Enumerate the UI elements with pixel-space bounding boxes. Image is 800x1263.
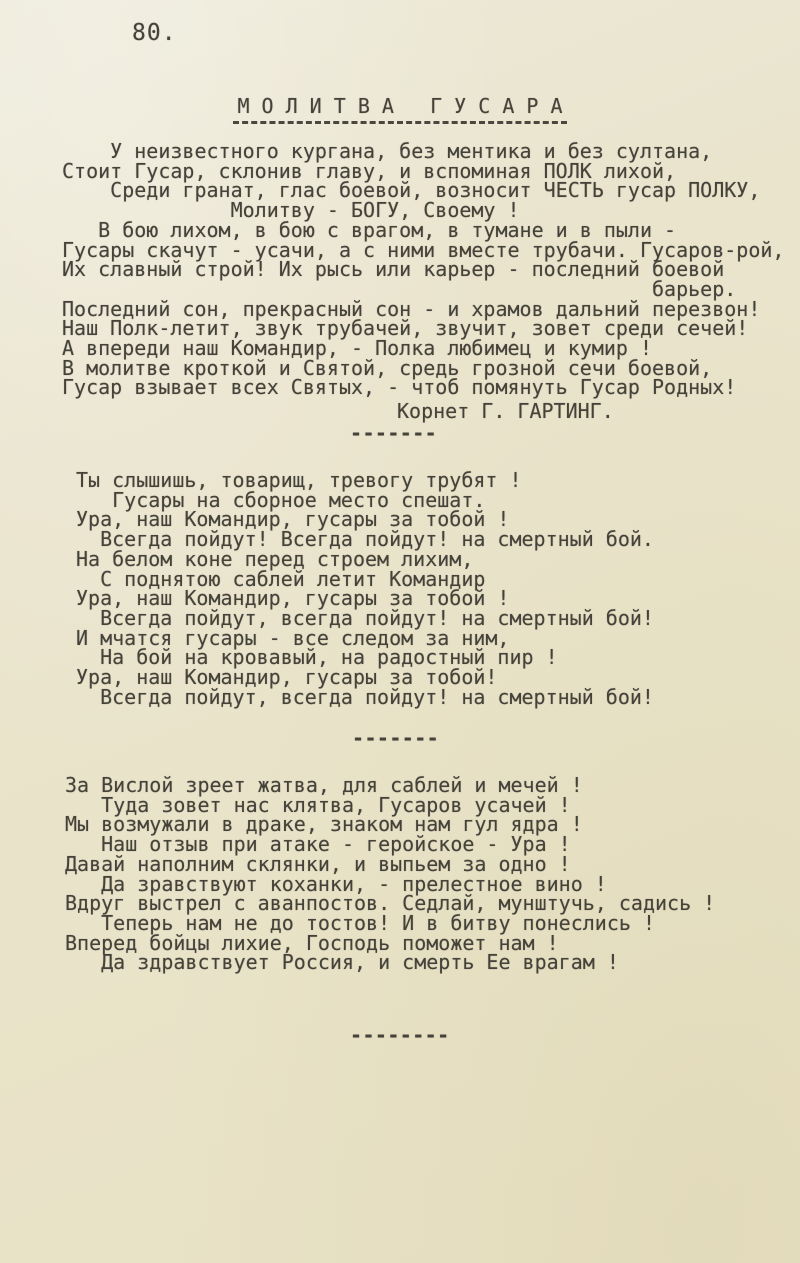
stanza-1: У неизвестного кургана, без ментика и бе… (62, 142, 784, 398)
scanned-page: 80. М О Л И Т В А Г У С А Р А У неизвест… (0, 0, 800, 1263)
poem-title: М О Л И Т В А Г У С А Р А (233, 94, 566, 124)
author-signature: Корнет Г. ГАРТИНГ. (397, 402, 614, 422)
section-divider-2: ------- (352, 729, 439, 749)
section-divider-1: ------- (350, 424, 437, 444)
stanza-2: Ты слышишь, товарищ, тревогу трубят ! Гу… (76, 471, 654, 707)
stanza-3: За Вислой зреет жатва, для саблей и мече… (65, 776, 715, 973)
section-divider-3: -------- (350, 1026, 450, 1046)
page-number: 80. (132, 20, 177, 46)
title-row: М О Л И Т В А Г У С А Р А (0, 94, 800, 124)
